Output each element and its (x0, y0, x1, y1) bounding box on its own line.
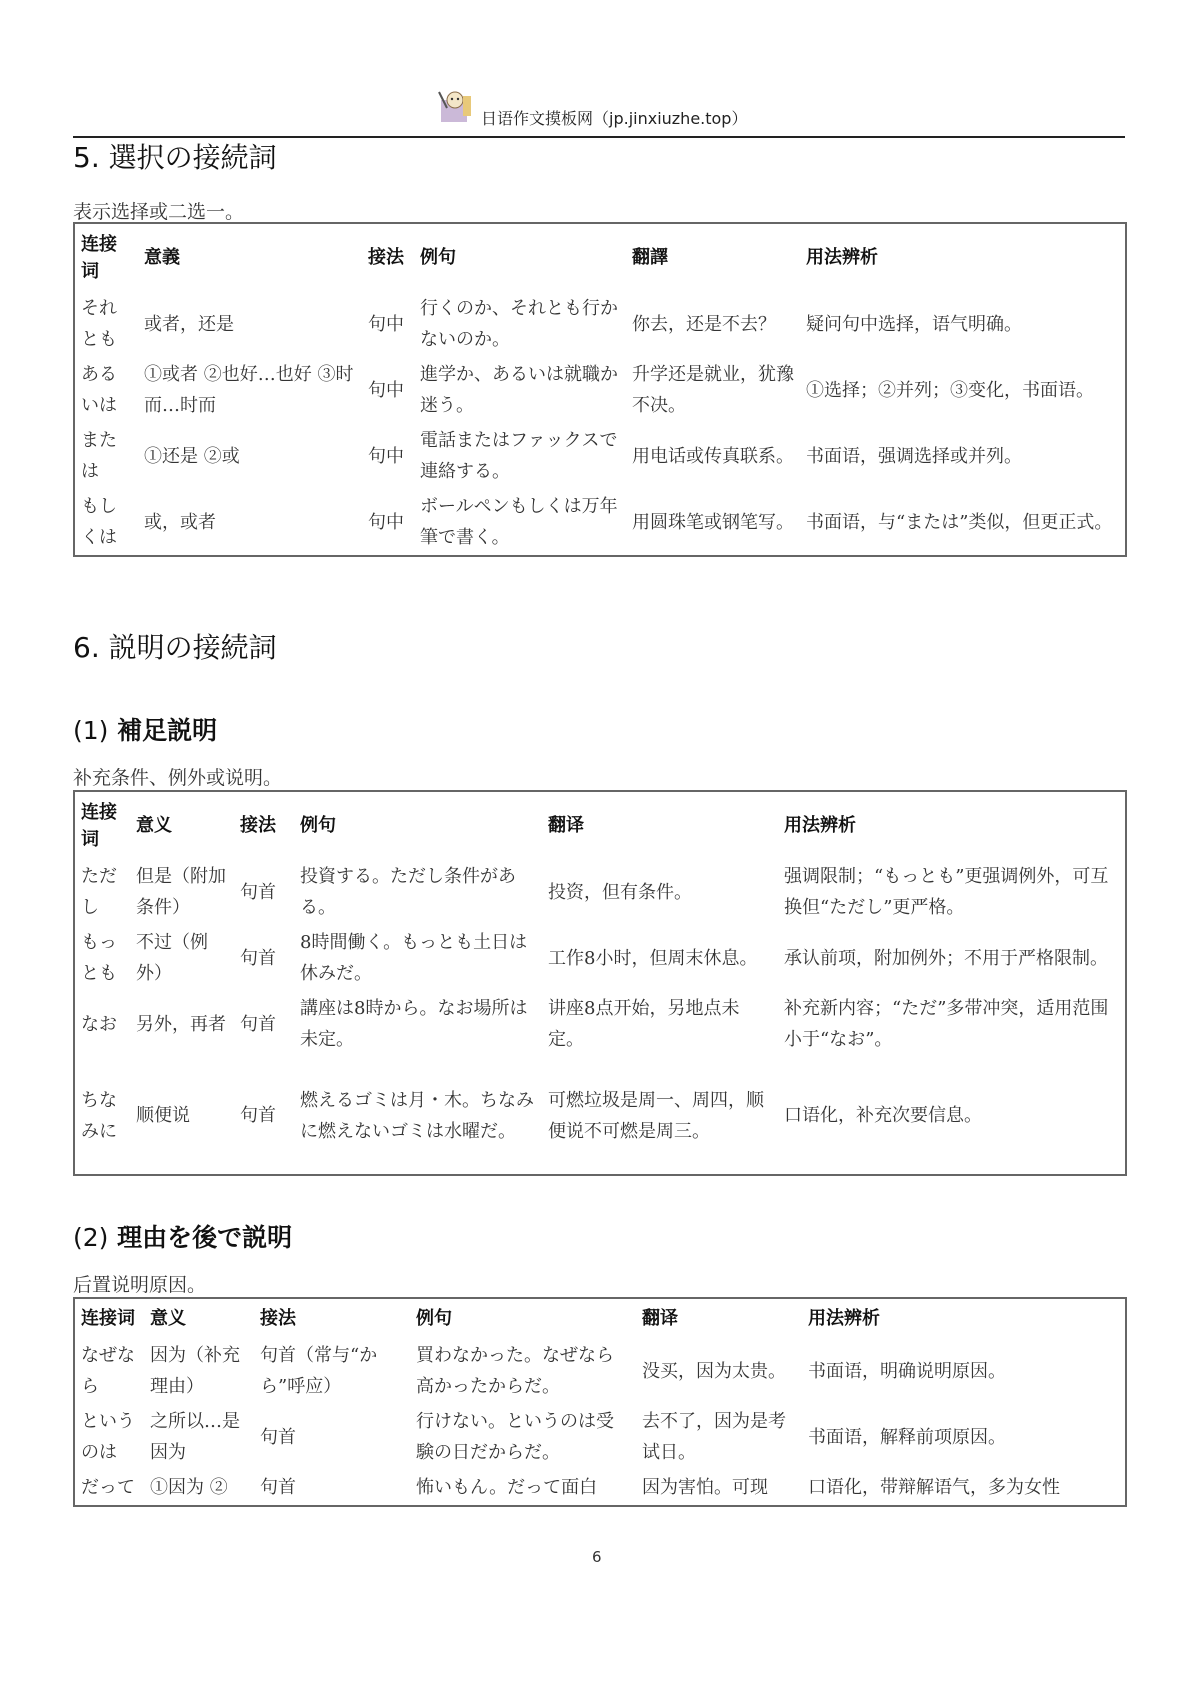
cell-translation: 去不了，因为是考试日。 (636, 1404, 802, 1470)
section-5-description: 表示选择或二选一。 (73, 197, 244, 224)
cell-analysis: 承认前项，附加例外；不用于严格限制。 (778, 925, 1126, 991)
cell-translation: 用电话或传真联系。 (626, 423, 800, 489)
reason-explanation-table: 连接词 意义 接法 例句 翻译 用法辨析 なぜなら 因为（补充理由） 句首（常与… (73, 1297, 1127, 1507)
cell-translation: 你去，还是不去？ (626, 291, 800, 357)
cell-usage: 句中 (362, 357, 414, 423)
cell-usage: 句中 (362, 489, 414, 556)
column-header: 用法辨析 (802, 1298, 1126, 1338)
cell-conjunction: というのは (74, 1404, 144, 1470)
page-header: 日语作文摸板网（jp.jinxiuzhe.top） (73, 80, 1125, 138)
cell-usage: 句首 (254, 1470, 410, 1506)
cell-example: ボールペンもしくは万年筆で書く。 (414, 489, 626, 556)
cell-example: 行くのか、それとも行かないのか。 (414, 291, 626, 357)
cell-meaning: 另外，再者 (130, 991, 234, 1057)
cell-usage: 句中 (362, 423, 414, 489)
cell-meaning: ①或者 ②也好…也好 ③时而…时而 (138, 357, 362, 423)
cell-translation: 可燃垃圾是周一、周四，顺便说不可燃是周三。 (542, 1057, 778, 1175)
cell-conjunction: もしくは (74, 489, 138, 556)
column-header: 接法 (362, 223, 414, 291)
cell-usage: 句首 (234, 1057, 294, 1175)
column-header: 接法 (234, 791, 294, 859)
subsection-1-title: (1) 補足説明 (73, 711, 217, 747)
subsection-number: (1) (73, 716, 108, 745)
column-header: 连接词 (74, 791, 130, 859)
cell-example: 投資する。ただし条件がある。 (294, 859, 542, 925)
column-header: 连接词 (74, 223, 138, 291)
cell-example: 8時間働く。もっとも土日は休みだ。 (294, 925, 542, 991)
column-header: 接法 (254, 1298, 410, 1338)
column-header: 翻译 (636, 1298, 802, 1338)
table-row: ちなみに 顺便说 句首 燃えるゴミは月・木。ちなみに燃えないゴミは水曜だ。 可燃… (74, 1057, 1126, 1175)
cell-translation: 因为害怕。可现 (636, 1470, 802, 1506)
cell-meaning: 或者，还是 (138, 291, 362, 357)
cell-usage: 句中 (362, 291, 414, 357)
cell-meaning: 之所以…是因为 (144, 1404, 254, 1470)
table-row: だって ①因为 ② 句首 怖いもん。だって面白 因为害怕。可现 口语化，带辩解语… (74, 1470, 1126, 1506)
cell-analysis: ①选择；②并列；③变化，书面语。 (800, 357, 1126, 423)
subsection-1-description: 补充条件、例外或说明。 (73, 763, 282, 790)
cell-conjunction: だって (74, 1470, 144, 1506)
cell-example: 講座は8時から。なお場所は未定。 (294, 991, 542, 1057)
subsection-2-description: 后置说明原因。 (73, 1270, 206, 1297)
column-header: 意義 (138, 223, 362, 291)
cell-example: 進学か、あるいは就職か迷う。 (414, 357, 626, 423)
table-row: なお 另外，再者 句首 講座は8時から。なお場所は未定。 讲座8点开始，另地点未… (74, 991, 1126, 1057)
cell-analysis: 书面语，与“または”类似，但更正式。 (800, 489, 1126, 556)
cell-usage: 句首 (254, 1404, 410, 1470)
table-header-row: 连接词 意义 接法 例句 翻译 用法辨析 (74, 1298, 1126, 1338)
table-header-row: 连接词 意义 接法 例句 翻译 用法辨析 (74, 791, 1126, 859)
cell-usage: 句首 (234, 859, 294, 925)
table-row: というのは 之所以…是因为 句首 行けない。というのは受験の日だからだ。 去不了… (74, 1404, 1126, 1470)
cell-translation: 投资，但有条件。 (542, 859, 778, 925)
cell-conjunction: なお (74, 991, 130, 1057)
cell-translation: 用圆珠笔或钢笔写。 (626, 489, 800, 556)
cell-translation: 讲座8点开始，另地点未定。 (542, 991, 778, 1057)
column-header: 翻譯 (626, 223, 800, 291)
cell-analysis: 口语化，带辩解语气，多为女性 (802, 1470, 1126, 1506)
table-row: もっとも 不过（例外） 句首 8時間働く。もっとも土日は休みだ。 工作8小时，但… (74, 925, 1126, 991)
cell-analysis: 口语化，补充次要信息。 (778, 1057, 1126, 1175)
cell-usage: 句首 (234, 925, 294, 991)
cell-meaning: ①还是 ②或 (138, 423, 362, 489)
column-header: 意义 (144, 1298, 254, 1338)
section-5-title: 5. 選択の接続詞 (73, 136, 277, 176)
column-header: 用法辨析 (800, 223, 1126, 291)
subsection-2-title: (2) 理由を後で説明 (73, 1218, 292, 1254)
cell-analysis: 疑问句中选择，语气明确。 (800, 291, 1126, 357)
cell-conjunction: ちなみに (74, 1057, 130, 1175)
subsection-number: (2) (73, 1223, 108, 1252)
cell-analysis: 补充新内容；“ただ”多带冲突，适用范围小于“なお”。 (778, 991, 1126, 1057)
cell-translation: 升学还是就业，犹豫不决。 (626, 357, 800, 423)
cell-example: 行けない。というのは受験の日だからだ。 (410, 1404, 636, 1470)
cell-example: 電話またはファックスで連絡する。 (414, 423, 626, 489)
column-header: 翻译 (542, 791, 778, 859)
table-row: もしくは 或，或者 句中 ボールペンもしくは万年筆で書く。 用圆珠笔或钢笔写。 … (74, 489, 1126, 556)
site-title: 日语作文摸板网（jp.jinxiuzhe.top） (481, 106, 747, 129)
cell-conjunction: それとも (74, 291, 138, 357)
cell-usage: 句首 (234, 991, 294, 1057)
cell-usage: 句首（常与“から”呼应） (254, 1338, 410, 1404)
supplementary-explanation-table: 连接词 意义 接法 例句 翻译 用法辨析 ただし 但是（附加条件） 句首 投資す… (73, 790, 1127, 1176)
cell-analysis: 强调限制；“もっとも”更强调例外，可互换但“ただし”更严格。 (778, 859, 1126, 925)
table-row: ただし 但是（附加条件） 句首 投資する。ただし条件がある。 投资，但有条件。 … (74, 859, 1126, 925)
cell-analysis: 书面语，解释前项原因。 (802, 1404, 1126, 1470)
subsection-heading: 理由を後で説明 (117, 1223, 292, 1252)
cell-example: 燃えるゴミは月・木。ちなみに燃えないゴミは水曜だ。 (294, 1057, 542, 1175)
table-row: または ①还是 ②或 句中 電話またはファックスで連絡する。 用电话或传真联系。… (74, 423, 1126, 489)
cell-conjunction: ただし (74, 859, 130, 925)
cell-meaning: 或，或者 (138, 489, 362, 556)
table-row: あるいは ①或者 ②也好…也好 ③时而…时而 句中 進学か、あるいは就職か迷う。… (74, 357, 1126, 423)
table-row: なぜなら 因为（补充理由） 句首（常与“から”呼应） 買わなかった。なぜなら高か… (74, 1338, 1126, 1404)
cell-conjunction: もっとも (74, 925, 130, 991)
table-row: それとも 或者，还是 句中 行くのか、それとも行かないのか。 你去，还是不去？ … (74, 291, 1126, 357)
cell-analysis: 书面语，明确说明原因。 (802, 1338, 1126, 1404)
column-header: 意义 (130, 791, 234, 859)
cell-example: 怖いもん。だって面白 (410, 1470, 636, 1506)
cell-meaning: 因为（补充理由） (144, 1338, 254, 1404)
column-header: 连接词 (74, 1298, 144, 1338)
page-number: 6 (592, 1548, 602, 1566)
cell-meaning: 不过（例外） (130, 925, 234, 991)
column-header: 用法辨析 (778, 791, 1126, 859)
site-logo-icon (435, 86, 475, 126)
selection-conjunction-table: 连接词 意義 接法 例句 翻譯 用法辨析 それとも 或者，还是 句中 行くのか、… (73, 222, 1127, 557)
column-header: 例句 (410, 1298, 636, 1338)
cell-translation: 工作8小时，但周末休息。 (542, 925, 778, 991)
cell-example: 買わなかった。なぜなら高かったからだ。 (410, 1338, 636, 1404)
cell-conjunction: なぜなら (74, 1338, 144, 1404)
column-header: 例句 (414, 223, 626, 291)
subsection-heading: 補足説明 (117, 716, 217, 745)
section-6-title: 6. 説明の接続詞 (73, 626, 277, 666)
cell-meaning: 但是（附加条件） (130, 859, 234, 925)
cell-translation: 没买，因为太贵。 (636, 1338, 802, 1404)
column-header: 例句 (294, 791, 542, 859)
cell-analysis: 书面语，强调选择或并列。 (800, 423, 1126, 489)
cell-conjunction: あるいは (74, 357, 138, 423)
cell-meaning: 顺便说 (130, 1057, 234, 1175)
cell-meaning: ①因为 ② (144, 1470, 254, 1506)
table-header-row: 连接词 意義 接法 例句 翻譯 用法辨析 (74, 223, 1126, 291)
cell-conjunction: または (74, 423, 138, 489)
